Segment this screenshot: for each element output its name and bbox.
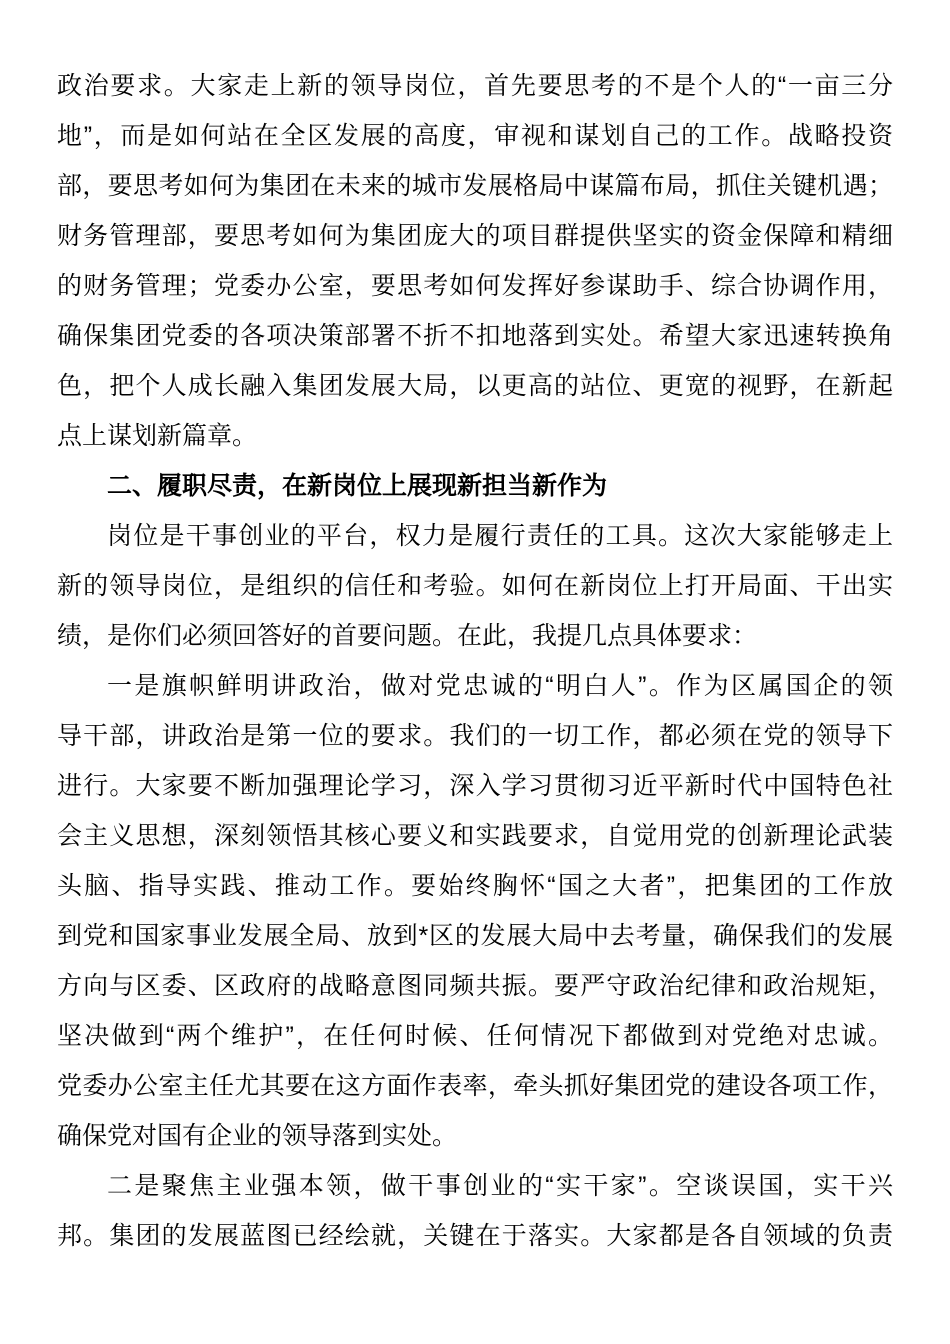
text-line: 会主义思想，深刻领悟其核心要义和实践要求，自觉用党的创新理论武装	[57, 811, 893, 861]
text-line: 二是聚焦主业强本领，做干事创业的“实干家”。空谈误国，实干兴	[57, 1161, 893, 1211]
text-line: 地”，而是如何站在全区发展的高度，审视和谋划自己的工作。战略投资	[57, 111, 893, 161]
text-line: 坚决做到“两个维护”，在任何时候、任何情况下都做到对党绝对忠诚。	[57, 1011, 893, 1061]
text-line: 二、履职尽责，在新岗位上展现新担当新作为	[57, 461, 893, 511]
paragraph: 二是聚焦主业强本领，做干事创业的“实干家”。空谈误国，实干兴邦。集团的发展蓝图已…	[57, 1161, 893, 1261]
text-line: 部，要思考如何为集团在未来的城市发展格局中谋篇布局，抓住关键机遇；	[57, 161, 893, 211]
text-line: 点上谋划新篇章。	[57, 411, 893, 461]
text-line: 新的领导岗位，是组织的信任和考验。如何在新岗位上打开局面、干出实	[57, 561, 893, 611]
paragraph: 岗位是干事创业的平台，权力是履行责任的工具。这次大家能够走上新的领导岗位，是组织…	[57, 511, 893, 661]
text-line: 的财务管理；党委办公室，要思考如何发挥好参谋助手、综合协调作用，	[57, 261, 893, 311]
text-line: 方向与区委、区政府的战略意图同频共振。要严守政治纪律和政治规矩，	[57, 961, 893, 1011]
text-line: 确保党对国有企业的领导落到实处。	[57, 1111, 893, 1161]
text-line: 党委办公室主任尤其要在这方面作表率，牵头抓好集团党的建设各项工作，	[57, 1061, 893, 1111]
document-page: 政治要求。大家走上新的领导岗位，首先要思考的不是个人的“一亩三分地”，而是如何站…	[0, 0, 950, 1344]
text-line: 色，把个人成长融入集团发展大局，以更高的站位、更宽的视野，在新起	[57, 361, 893, 411]
text-line: 政治要求。大家走上新的领导岗位，首先要思考的不是个人的“一亩三分	[57, 61, 893, 111]
text-line: 确保集团党委的各项决策部署不折不扣地落到实处。希望大家迅速转换角	[57, 311, 893, 361]
text-line: 导干部，讲政治是第一位的要求。我们的一切工作，都必须在党的领导下	[57, 711, 893, 761]
text-line: 财务管理部，要思考如何为集团庞大的项目群提供坚实的资金保障和精细	[57, 211, 893, 261]
paragraph: 政治要求。大家走上新的领导岗位，首先要思考的不是个人的“一亩三分地”，而是如何站…	[57, 61, 893, 461]
paragraph: 一是旗帜鲜明讲政治，做对党忠诚的“明白人”。作为区属国企的领导干部，讲政治是第一…	[57, 661, 893, 1161]
text-line: 绩，是你们必须回答好的首要问题。在此，我提几点具体要求：	[57, 611, 893, 661]
text-line: 到党和国家事业发展全局、放到*区的发展大局中去考量，确保我们的发展	[57, 911, 893, 961]
text-line: 邦。集团的发展蓝图已经绘就，关键在于落实。大家都是各自领域的负责	[57, 1211, 893, 1261]
text-line: 一是旗帜鲜明讲政治，做对党忠诚的“明白人”。作为区属国企的领	[57, 661, 893, 711]
document-body: 政治要求。大家走上新的领导岗位，首先要思考的不是个人的“一亩三分地”，而是如何站…	[57, 61, 893, 1261]
text-line: 岗位是干事创业的平台，权力是履行责任的工具。这次大家能够走上	[57, 511, 893, 561]
text-line: 进行。大家要不断加强理论学习，深入学习贯彻习近平新时代中国特色社	[57, 761, 893, 811]
section-heading: 二、履职尽责，在新岗位上展现新担当新作为	[57, 461, 893, 511]
text-line: 头脑、指导实践、推动工作。要始终胸怀“国之大者”，把集团的工作放	[57, 861, 893, 911]
